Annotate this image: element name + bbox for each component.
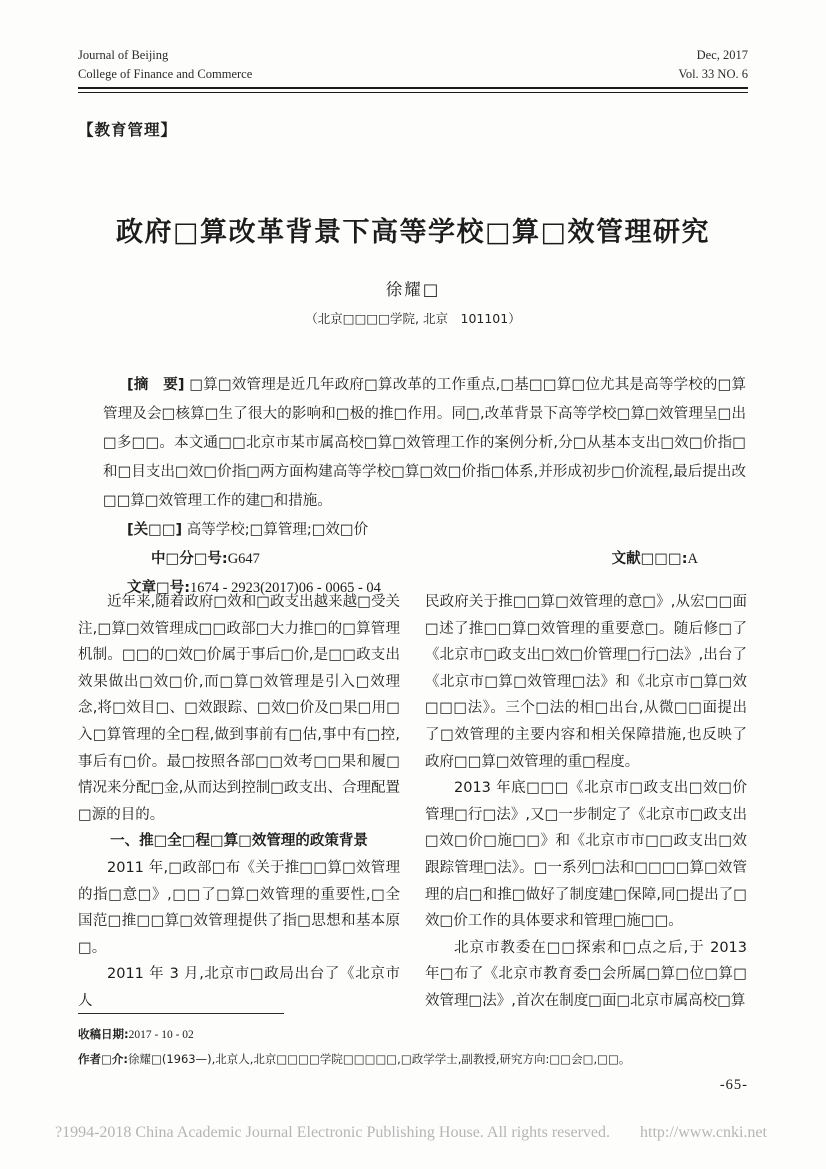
paragraph: 2011 年,□政部□布《关于推□□算□效管理的指□意□》,□□了□算□效管理的… (78, 855, 400, 961)
abstract-text: □算□效管理是近几年政府□算改革的工作重点,□基□□算□位尤其是高等学校的□算管… (103, 377, 746, 509)
paragraph: 北京市教委在□□探索和□点之后,于 2013 年□布了《北京市教育委□会所属□算… (425, 935, 747, 1015)
journal-name-line1: Journal of Beijing (78, 46, 252, 65)
cnki-watermark: ?1994-2018 China Academic Journal Electr… (55, 1124, 815, 1142)
received-date-line: 收稿日期:2017 - 10 - 02 (78, 1022, 748, 1047)
document-code: 文献□□□:A (588, 545, 698, 574)
keywords-line: [关□□] 高等学校;□算管理;□效□价 (103, 516, 746, 545)
abstract-paragraph: [摘 要] □算□效管理是近几年政府□算改革的工作重点,□基□□算□位尤其是高等… (103, 371, 746, 516)
copyright-text: ?1994-2018 China Academic Journal Electr… (55, 1124, 610, 1141)
section-tag: 【教育管理】 (78, 118, 177, 140)
keywords-label: [关□□] (127, 522, 182, 538)
body-columns: 近年来,随着政府□效和□政支出越来越□受关注,□算□效管理成□□政部□大力推□的… (78, 589, 748, 1015)
abstract-block: [摘 要] □算□效管理是近几年政府□算改革的工作重点,□基□□算□位尤其是高等… (103, 371, 746, 603)
keywords-text: 高等学校;□算管理;□效□价 (187, 522, 368, 538)
running-head: Journal of Beijing College of Finance an… (78, 46, 748, 84)
author-affiliation: （北京□□□□学院, 北京 101101） (0, 309, 826, 327)
article-title: 政府□算改革背景下高等学校□算□效管理研究 (0, 210, 826, 249)
author-name: 徐耀□ (0, 276, 826, 300)
author-bio-line: 作者□介:徐耀□(1963—),北京人,北京□□□□学院□□□□□,□政学学士,… (78, 1047, 748, 1071)
header-divider (78, 87, 748, 93)
paragraph: 2013 年底□□□《北京市□政支出□效□价管理□行□法》,又□一步制定了《北京… (425, 775, 747, 935)
abstract-label: [摘 要] (127, 377, 185, 393)
issue-volume: Vol. 33 NO. 6 (678, 65, 748, 84)
issue-date: Dec, 2017 (678, 46, 748, 65)
paragraph: 民政府关于推□□算□效管理的意□》,从宏□□面□述了推□□算□效管理的重要意□。… (425, 589, 747, 775)
issue-info: Dec, 2017 Vol. 33 NO. 6 (678, 46, 748, 84)
cnki-url: http://www.cnki.net (640, 1124, 767, 1141)
right-column: 民政府关于推□□算□效管理的意□》,从宏□□面□述了推□□算□效管理的重要意□。… (425, 589, 747, 1015)
journal-name-en: Journal of Beijing College of Finance an… (78, 46, 252, 84)
footnote-block: 收稿日期:2017 - 10 - 02 作者□介:徐耀□(1963—),北京人,… (78, 1022, 748, 1071)
section-heading-1: 一、推□全□程□算□效管理的政策背景 (78, 828, 400, 855)
left-column: 近年来,随着政府□效和□政支出越来越□受关注,□算□效管理成□□政部□大力推□的… (78, 589, 400, 1015)
paragraph: 2011 年 3 月,北京市□政局出台了《北京市人 (78, 961, 400, 1014)
paragraph: 近年来,随着政府□效和□政支出越来越□受关注,□算□效管理成□□政部□大力推□的… (78, 589, 400, 828)
clc-number: 中□分□号:G647 (127, 545, 260, 574)
footnote-divider (78, 1013, 284, 1014)
journal-page: Journal of Beijing College of Finance an… (0, 0, 826, 1169)
page-number: -65- (78, 1077, 748, 1094)
journal-name-line2: College of Finance and Commerce (78, 65, 252, 84)
